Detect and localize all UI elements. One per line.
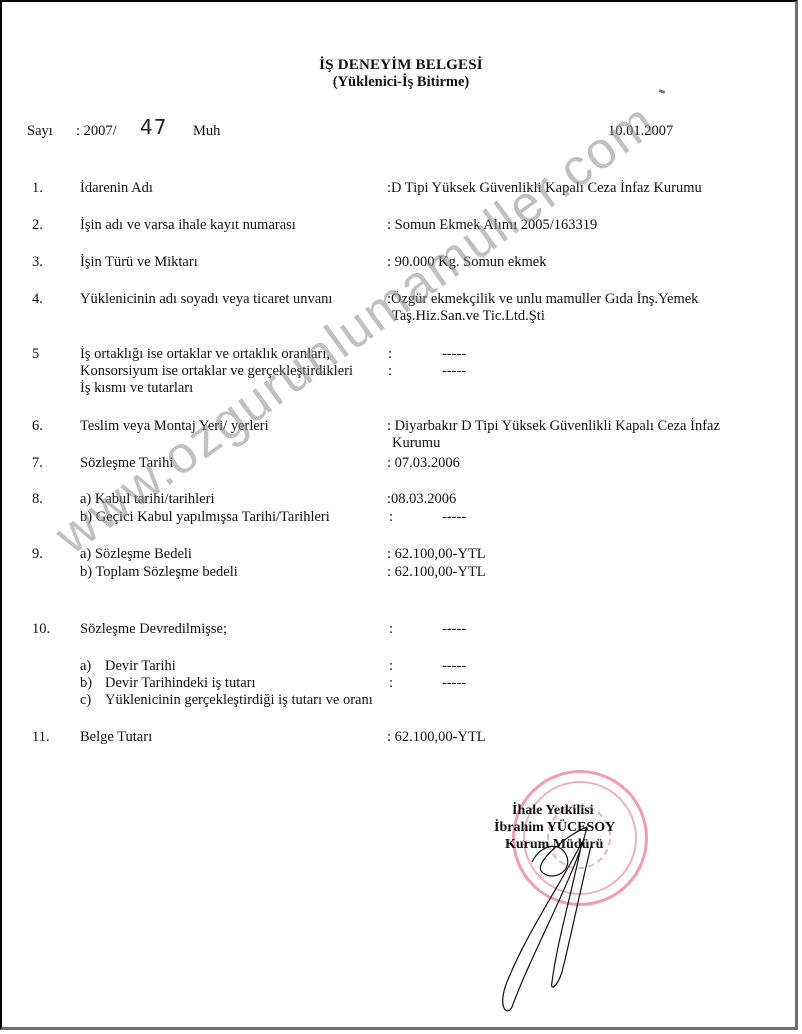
- sayi-suffix: Muh: [193, 123, 220, 140]
- document-page: İŞ DENEYİM BELGESİ (Yüklenici-İş Bitirme…: [0, 0, 798, 1030]
- item-10b-letter: b): [80, 675, 92, 692]
- sayi-handwritten-number: 47: [140, 115, 167, 139]
- item-6-value: : Diyarbakır D Tipi Yüksek Güvenlikli Ka…: [387, 418, 720, 435]
- item-2-value: : Somun Ekmek Alımı 2005/163319: [387, 217, 597, 234]
- item-1-number: 1.: [32, 180, 43, 197]
- item-9-value-b: : 62.100,00-YTL: [387, 564, 486, 581]
- item-3-label: İşin Türü ve Miktarı: [80, 254, 198, 271]
- item-9-label-b: b) Toplam Sözleşme bedeli: [80, 564, 238, 581]
- item-7-label: Sözleşme Tarihi: [80, 455, 173, 472]
- item-10-colon: :: [389, 621, 393, 638]
- item-7-value: : 07.03.2006: [387, 455, 460, 472]
- item-8-label-a: a) Kabul tarihi/tarihleri: [80, 491, 214, 508]
- item-3-number: 3.: [32, 254, 43, 271]
- item-10b-label: Devir Tarihindeki iş tutarı: [105, 675, 256, 692]
- item-10a-label: Devir Tarihi: [105, 658, 176, 675]
- item-10a-letter: a): [80, 658, 91, 675]
- item-8-colon-b: :: [389, 509, 393, 526]
- item-4-value: :Özgür ekmekçilik ve unlu mamuller Gıda …: [387, 291, 698, 308]
- item-10-label: Sözleşme Devredilmişse;: [80, 621, 227, 638]
- sayi-label: Sayı: [27, 123, 53, 140]
- item-1-value: :D Tipi Yüksek Güvenlikli Kapalı Ceza İn…: [387, 180, 702, 197]
- document-subtitle: (Yüklenici-İş Bitirme): [2, 74, 800, 91]
- item-10a-value: -----: [442, 658, 466, 675]
- item-11-number: 11.: [32, 729, 50, 746]
- item-4-label: Yüklenicinin adı soyadı veya ticaret unv…: [80, 291, 332, 308]
- item-2-number: 2.: [32, 217, 43, 234]
- item-5-label-2: Konsorsiyum ise ortaklar ve gerçekleştir…: [80, 363, 353, 380]
- item-1-label: İdarenin Adı: [80, 180, 153, 197]
- item-10c-label: Yüklenicinin gerçekleştirdiği iş tutarı …: [105, 692, 373, 709]
- document-date: 10.01.2007: [608, 123, 673, 140]
- item-9-label-a: a) Sözleşme Bedeli: [80, 546, 192, 563]
- item-10b-colon: :: [389, 675, 393, 692]
- handwritten-signature: [472, 822, 632, 1022]
- document-title: İŞ DENEYİM BELGESİ: [2, 57, 800, 74]
- item-9-number: 9.: [32, 546, 43, 563]
- item-10c-letter: c): [80, 692, 91, 709]
- item-6-number: 6.: [32, 418, 43, 435]
- signatory-role: İhale Yetkilisi: [512, 803, 594, 819]
- item-10b-value: -----: [442, 675, 466, 692]
- item-5-colon: :: [388, 346, 392, 363]
- item-8-value-a: :08.03.2006: [387, 491, 456, 508]
- item-8-label-b: b) Geçici Kabul yapılmışsa Tarihi/Tarihl…: [80, 509, 330, 526]
- item-2-label: İşin adı ve varsa ihale kayıt numarası: [80, 217, 296, 234]
- sayi-prefix: : 2007/: [76, 123, 117, 140]
- item-5-colon-2: :: [388, 363, 392, 380]
- item-5-value-2: -----: [442, 363, 466, 380]
- item-9-value-a: : 62.100,00-YTL: [387, 546, 486, 563]
- item-3-value: : 90.000 Kg. Somun ekmek: [387, 254, 547, 271]
- item-4-value-cont: Taş.Hiz.San.ve Tic.Ltd.Şti: [392, 308, 545, 325]
- scan-speck: [659, 89, 666, 94]
- item-8-value-b: -----: [442, 509, 466, 526]
- item-11-value: : 62.100,00-YTL: [387, 729, 486, 746]
- item-10a-colon: :: [389, 658, 393, 675]
- item-10-value: -----: [442, 621, 466, 638]
- item-8-number: 8.: [32, 491, 43, 508]
- item-5-label: İş ortaklığı ise ortaklar ve ortaklık or…: [80, 346, 330, 363]
- item-4-number: 4.: [32, 291, 43, 308]
- item-10-number: 10.: [32, 621, 50, 638]
- item-5-value: -----: [442, 346, 466, 363]
- item-5-number: 5: [32, 346, 39, 363]
- item-6-value-cont: Kurumu: [392, 435, 440, 452]
- item-7-number: 7.: [32, 455, 43, 472]
- item-11-label: Belge Tutarı: [80, 729, 152, 746]
- item-6-label: Teslim veya Montaj Yeri/ yerleri: [80, 418, 269, 435]
- item-5-label-3: İş kısmı ve tutarları: [80, 380, 193, 397]
